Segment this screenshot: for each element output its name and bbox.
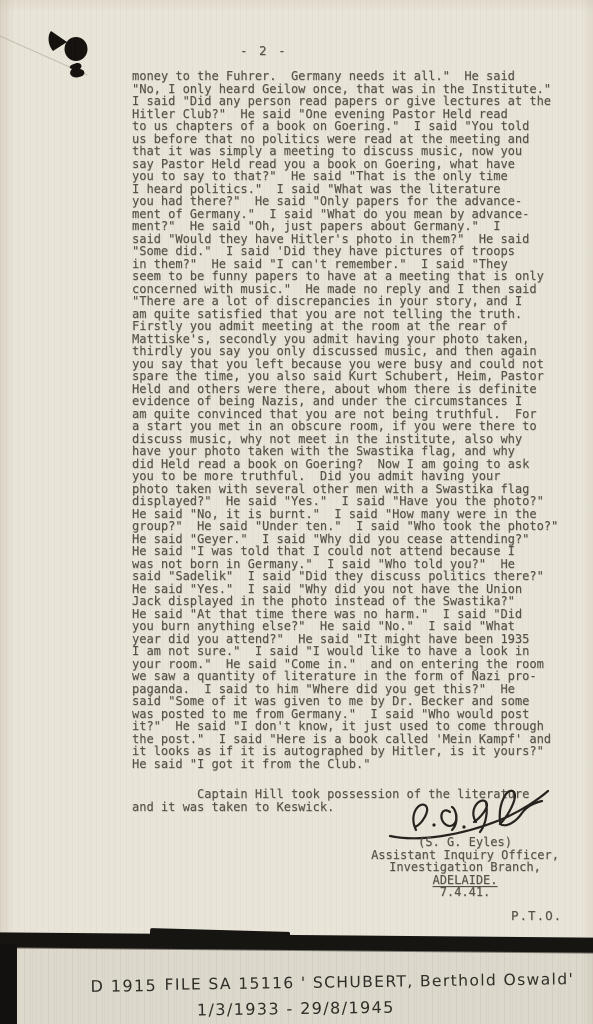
ink-blot-icon xyxy=(46,26,98,86)
signature-block: (S. G. Eyles) Assistant Inquiry Officer,… xyxy=(348,836,582,899)
page-number: - 2 - xyxy=(240,43,288,58)
pto-label: P.T.O. xyxy=(511,908,562,923)
left-edge-black-strip xyxy=(0,944,17,1024)
signature-date: 7.4.41. xyxy=(348,886,582,899)
document-body: money to the Fuhrer. Germany needs it al… xyxy=(132,70,578,770)
scanned-document-page: - 2 - money to the Fuhrer. Germany needs… xyxy=(0,0,593,1024)
signatory-typed-name: (S. G. Eyles) xyxy=(348,836,582,849)
archive-annotation-card xyxy=(0,948,593,1024)
signatory-branch: Investigation Branch, xyxy=(348,861,582,874)
